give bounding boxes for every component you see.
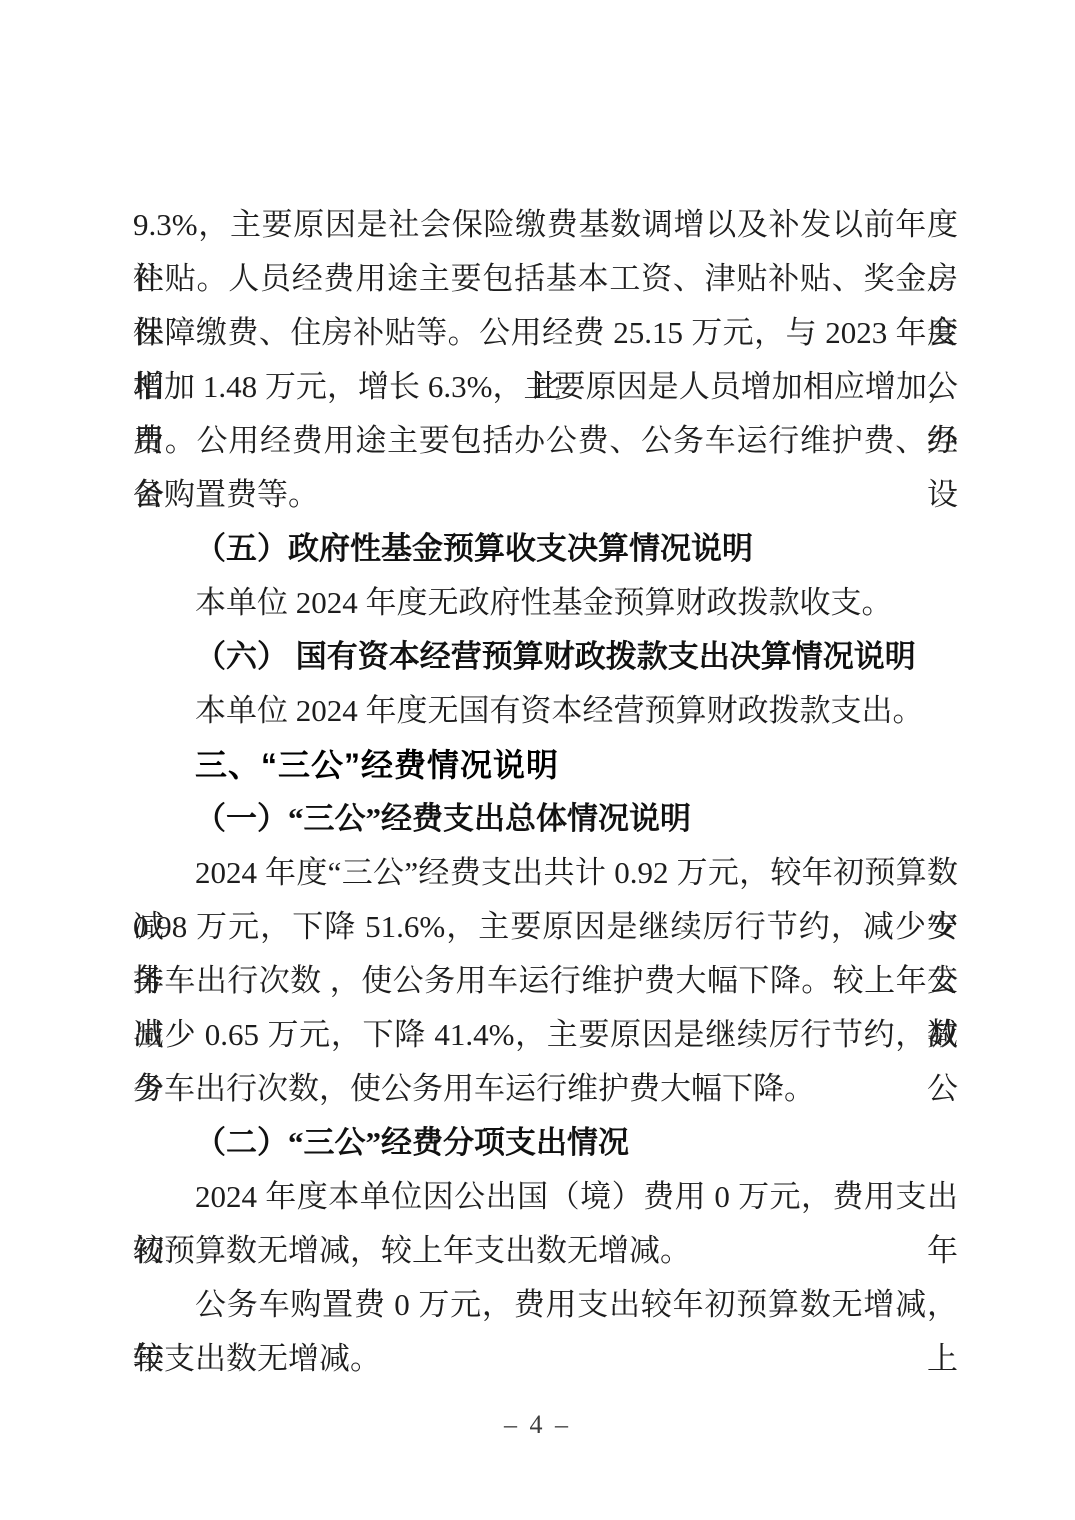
paragraph-state-capital: 本单位 2024 年度无国有资本经营预算财政拨款支出。 [133,684,958,738]
heading-section-1: （一）“三公”经费支出总体情况说明 [133,792,958,846]
text-line: 费。公用经费用途主要包括办公费、公务车运行维护费、办公设 [133,414,958,468]
text-line: 2024 年度本单位因公出国（境）费用 0 万元，费用支出较年 [133,1170,958,1224]
text-line: 补贴。人员经费用途主要包括基本工资、津贴补贴、奖金、社会 [133,252,958,306]
text-line: 公务车购置费 0 万元，费用支出较年初预算数无增减，较上 [133,1278,958,1332]
text-line: （五）政府性基金预算收支决算情况说明 [133,522,958,576]
paragraph-personnel-public-funds: 9.3%，主要原因是社会保险缴费基数调增以及补发以前年度住房补贴。人员经费用途主… [133,198,958,522]
page-footer: – 4 – [0,1410,1075,1440]
text-line: 三、“三公”经费情况说明 [133,738,958,792]
text-line: 保障缴费、住房补贴等。公用经费 25.15 万元，与 2023 年度相比， [133,306,958,360]
paragraph-vehicle-purchase: 公务车购置费 0 万元，费用支出较年初预算数无增减，较上年支出数无增减。 [133,1278,958,1386]
heading-section-6: （六） 国有资本经营预算财政拨款支出决算情况说明 [133,630,958,684]
heading-section-5: （五）政府性基金预算收支决算情况说明 [133,522,958,576]
document-content: 9.3%，主要原因是社会保险缴费基数调增以及补发以前年度住房补贴。人员经费用途主… [133,198,958,1386]
text-line: 9.3%，主要原因是社会保险缴费基数调增以及补发以前年度住房 [133,198,958,252]
text-line: 减少 0.65 万元，下降 41.4%，主要原因是继续厉行节约，减少公 [133,1008,958,1062]
text-line: 0.98 万元，下降 51.6%，主要原因是继续厉行节约，减少安排公 [133,900,958,954]
heading-section-2: （二）“三公”经费分项支出情况 [133,1116,958,1170]
paragraph-abroad-expense: 2024 年度本单位因公出国（境）费用 0 万元，费用支出较年初预算数无增减，较… [133,1170,958,1278]
page-number: – 4 – [504,1410,571,1439]
text-line: 本单位 2024 年度无国有资本经营预算财政拨款支出。 [133,684,958,738]
paragraph-gov-fund: 本单位 2024 年度无政府性基金预算财政拨款收支。 [133,576,958,630]
heading-chapter-3: 三、“三公”经费情况说明 [133,738,958,792]
text-line: 务车出行次数 ，使公务用车运行维护费大幅下降。较上年支出数 [133,954,958,1008]
text-line: （二）“三公”经费分项支出情况 [133,1116,958,1170]
text-line: （一）“三公”经费支出总体情况说明 [133,792,958,846]
text-line: 2024 年度“三公”经费支出共计 0.92 万元，较年初预算数减少 [133,846,958,900]
text-line: 增加 1.48 万元，增长 6.3%，主要原因是人员增加相应增加公用经 [133,360,958,414]
document-page: 9.3%，主要原因是社会保险缴费基数调增以及补发以前年度住房补贴。人员经费用途主… [0,0,1075,1520]
text-line: 本单位 2024 年度无政府性基金预算财政拨款收支。 [133,576,958,630]
text-line: （六） 国有资本经营预算财政拨款支出决算情况说明 [133,630,958,684]
paragraph-sangong-overall: 2024 年度“三公”经费支出共计 0.92 万元，较年初预算数减少0.98 万… [133,846,958,1116]
